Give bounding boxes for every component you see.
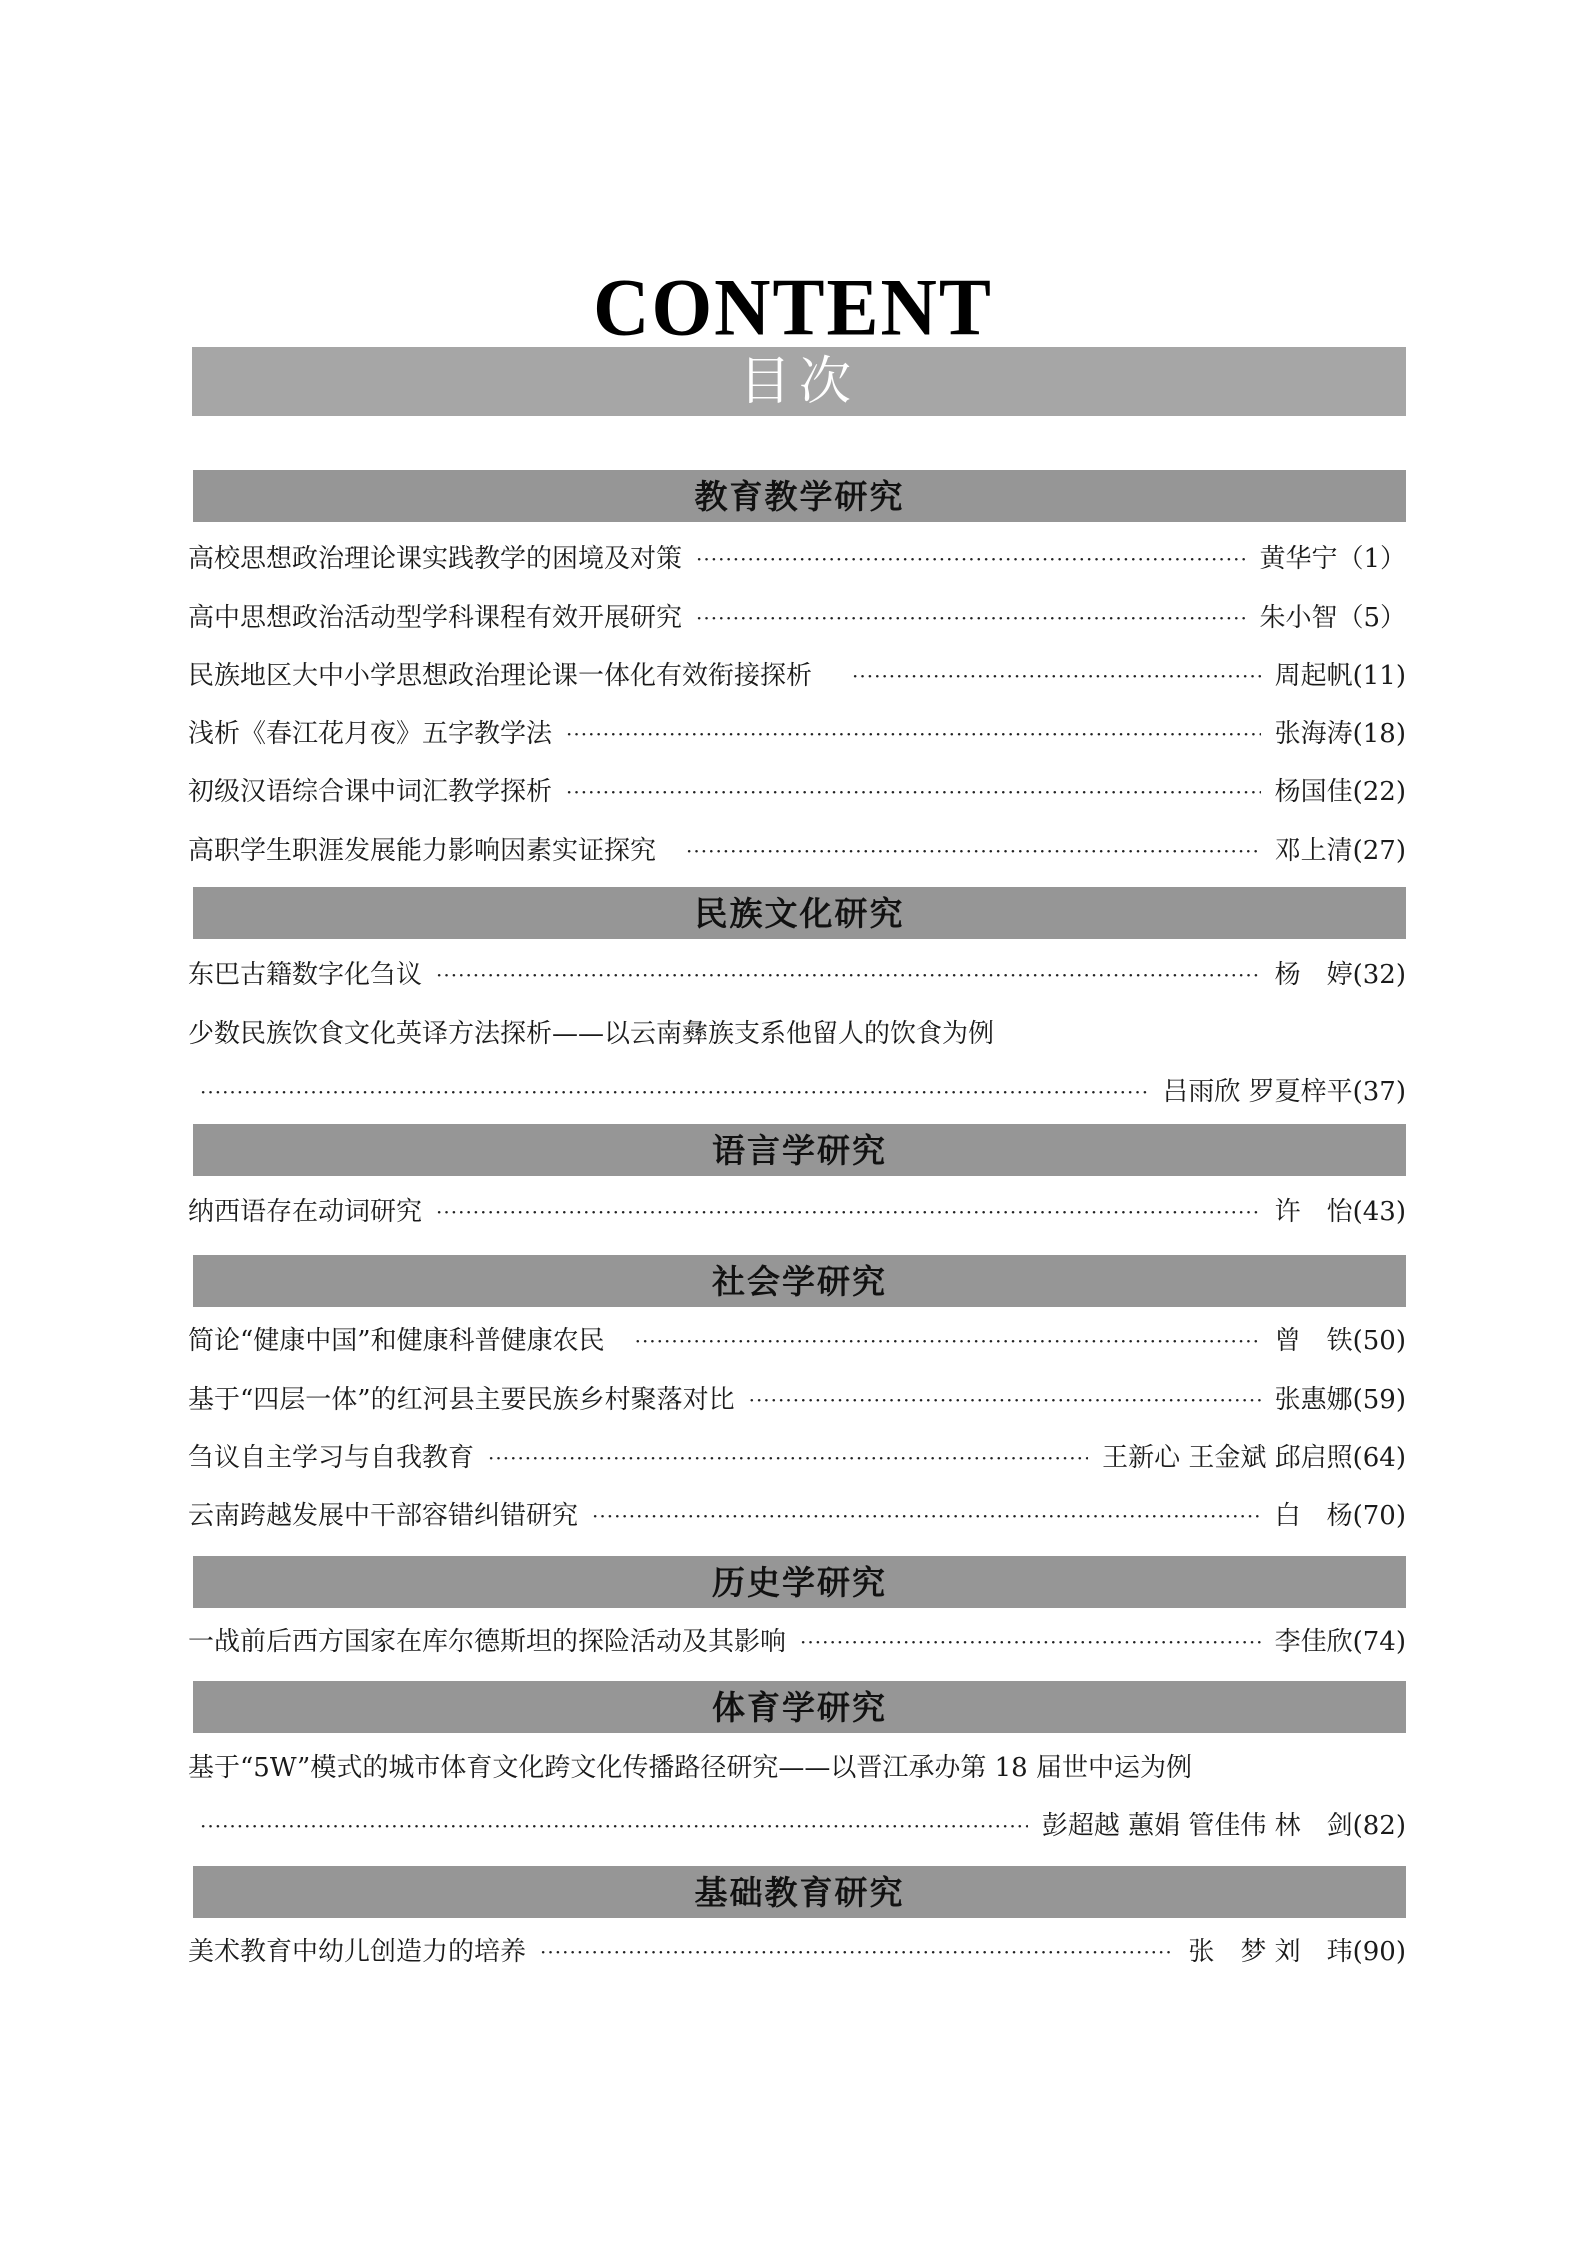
- entry-page: (70): [1353, 1503, 1406, 1529]
- section-header-linguistics: 语言学研究: [193, 1124, 1406, 1176]
- section-title: 语言学研究: [712, 1134, 887, 1167]
- entry-page: (64): [1353, 1445, 1406, 1471]
- entry-title: 简论“健康中国”和健康科普健康农民: [188, 1328, 605, 1354]
- title-chinese-banner: 目次: [192, 347, 1406, 416]
- section-header-history: 历史学研究: [193, 1556, 1406, 1608]
- toc-entry[interactable]: 东巴古籍数字化刍议 杨 婷 (32): [188, 955, 1406, 995]
- entry-page: (27): [1353, 838, 1406, 864]
- toc-entry[interactable]: 浅析《春江花月夜》五字教学法 张海涛 (18): [188, 714, 1406, 754]
- dot-leader: [200, 1082, 1148, 1102]
- dot-leader: [566, 724, 1261, 744]
- entry-authors: 邓上清: [1275, 838, 1353, 864]
- entry-authors: 杨 婷: [1275, 962, 1353, 988]
- entry-page: (32): [1353, 962, 1406, 988]
- dot-leader: [200, 1816, 1028, 1836]
- toc-entry[interactable]: 高职学生职涯发展能力影响因素实证探究 邓上清 (27): [188, 831, 1406, 871]
- dot-leader: [852, 666, 1261, 686]
- entry-authors: 朱小智: [1259, 605, 1337, 631]
- toc-entry[interactable]: 刍议自主学习与自我教育 王新心 王金斌 邱启照 (64): [188, 1438, 1406, 1478]
- section-header-sports: 体育学研究: [193, 1681, 1406, 1733]
- entry-authors: 彭超越 蕙娟 管佳伟 林 剑: [1042, 1813, 1353, 1839]
- entry-title: 纳西语存在动词研究: [188, 1199, 422, 1225]
- toc-entry[interactable]: 民族地区大中小学思想政治理论课一体化有效衔接探析 周起帆 (11): [188, 656, 1406, 696]
- entry-title: 高校思想政治理论课实践教学的困境及对策: [188, 546, 682, 572]
- toc-entry[interactable]: 纳西语存在动词研究 许 怡 (43): [188, 1192, 1406, 1232]
- toc-entry-title-line[interactable]: 少数民族饮食文化英译方法探析——以云南彝族支系他留人的饮食为例: [188, 1014, 1406, 1054]
- entry-title: 初级汉语综合课中词汇教学探析: [188, 779, 552, 805]
- entry-authors: 吕雨欣 罗夏梓平: [1162, 1079, 1352, 1105]
- entry-page: (18): [1353, 721, 1406, 747]
- dot-leader: [436, 965, 1261, 985]
- entry-title: 民族地区大中小学思想政治理论课一体化有效衔接探析: [188, 663, 812, 689]
- dot-leader: [540, 1942, 1174, 1962]
- section-title: 基础教育研究: [695, 1876, 905, 1909]
- dot-leader: [592, 1506, 1261, 1526]
- entry-authors: 杨国佳: [1275, 779, 1353, 805]
- title-english: CONTENT: [0, 266, 1586, 348]
- toc-entry-title-line[interactable]: 基于“5W”模式的城市体育文化跨文化传播路径研究——以晋江承办第 18 届世中运…: [188, 1748, 1406, 1788]
- section-header-sociology: 社会学研究: [193, 1255, 1406, 1307]
- entry-authors: 曾 铁: [1275, 1328, 1353, 1354]
- table-of-contents-page: CONTENT 目次 教育教学研究 高校思想政治理论课实践教学的困境及对策 黄华…: [0, 0, 1586, 2245]
- dot-leader: [635, 1331, 1261, 1351]
- entry-title: 少数民族饮食文化英译方法探析——以云南彝族支系他留人的饮食为例: [188, 1021, 1406, 1047]
- entry-authors: 张惠娜: [1275, 1387, 1353, 1413]
- entry-authors: 白 杨: [1275, 1503, 1353, 1529]
- dot-leader: [696, 608, 1245, 628]
- toc-entry-continuation[interactable]: 彭超越 蕙娟 管佳伟 林 剑 (82): [200, 1806, 1406, 1846]
- section-title: 体育学研究: [712, 1691, 887, 1724]
- entry-page: (22): [1353, 779, 1406, 805]
- entry-page: (59): [1353, 1387, 1406, 1413]
- section-header-ethnic-culture: 民族文化研究: [193, 887, 1406, 939]
- toc-entry[interactable]: 美术教育中幼儿创造力的培养 张 梦 刘 玮 (90): [188, 1932, 1406, 1972]
- entry-authors: 李佳欣: [1275, 1629, 1353, 1655]
- entry-title: 基于“四层一体”的红河县主要民族乡村聚落对比: [188, 1387, 735, 1413]
- toc-entry[interactable]: 初级汉语综合课中词汇教学探析 杨国佳 (22): [188, 772, 1406, 812]
- toc-entry[interactable]: 高校思想政治理论课实践教学的困境及对策 黄华宁 （1）: [188, 539, 1406, 579]
- toc-entry[interactable]: 高中思想政治活动型学科课程有效开展研究 朱小智 （5）: [188, 598, 1406, 638]
- dot-leader: [488, 1448, 1088, 1468]
- entry-page: (37): [1353, 1079, 1406, 1105]
- entry-title: 高职学生职涯发展能力影响因素实证探究: [188, 838, 656, 864]
- entry-title: 刍议自主学习与自我教育: [188, 1445, 474, 1471]
- entry-page: （5）: [1337, 605, 1406, 631]
- entry-title: 一战前后西方国家在库尔德斯坦的探险活动及其影响: [188, 1629, 786, 1655]
- entry-title: 云南跨越发展中干部容错纠错研究: [188, 1503, 578, 1529]
- dot-leader: [696, 549, 1245, 569]
- entry-page: (82): [1353, 1813, 1406, 1839]
- section-title: 民族文化研究: [695, 897, 905, 930]
- entry-page: (90): [1353, 1939, 1406, 1965]
- entry-page: (43): [1353, 1199, 1406, 1225]
- entry-authors: 张 梦 刘 玮: [1188, 1939, 1352, 1965]
- toc-entry-continuation[interactable]: 吕雨欣 罗夏梓平 (37): [200, 1072, 1406, 1112]
- entry-title: 东巴古籍数字化刍议: [188, 962, 422, 988]
- toc-entry[interactable]: 一战前后西方国家在库尔德斯坦的探险活动及其影响 李佳欣 (74): [188, 1622, 1406, 1662]
- entry-authors: 周起帆: [1275, 663, 1353, 689]
- entry-title: 基于“5W”模式的城市体育文化跨文化传播路径研究——以晋江承办第 18 届世中运…: [188, 1755, 1406, 1781]
- entry-authors: 张海涛: [1275, 721, 1353, 747]
- entry-page: （1）: [1337, 546, 1406, 572]
- toc-entry[interactable]: 基于“四层一体”的红河县主要民族乡村聚落对比 张惠娜 (59): [188, 1380, 1406, 1420]
- section-title: 社会学研究: [712, 1265, 887, 1298]
- toc-entry[interactable]: 云南跨越发展中干部容错纠错研究 白 杨 (70): [188, 1496, 1406, 1536]
- entry-authors: 王新心 王金斌 邱启照: [1102, 1445, 1353, 1471]
- dot-leader: [686, 841, 1261, 861]
- title-chinese: 目次: [739, 356, 859, 408]
- toc-entry[interactable]: 简论“健康中国”和健康科普健康农民 曾 铁 (50): [188, 1321, 1406, 1361]
- entry-page: (11): [1353, 663, 1406, 689]
- dot-leader: [566, 782, 1261, 802]
- section-title: 历史学研究: [712, 1566, 887, 1599]
- entry-title: 美术教育中幼儿创造力的培养: [188, 1939, 526, 1965]
- entry-page: (74): [1353, 1629, 1406, 1655]
- section-title: 教育教学研究: [695, 480, 905, 513]
- entry-page: (50): [1353, 1328, 1406, 1354]
- entry-authors: 黄华宁: [1259, 546, 1337, 572]
- section-header-education: 教育教学研究: [193, 470, 1406, 522]
- entry-title: 高中思想政治活动型学科课程有效开展研究: [188, 605, 682, 631]
- entry-authors: 许 怡: [1275, 1199, 1353, 1225]
- dot-leader: [749, 1390, 1261, 1410]
- dot-leader: [800, 1632, 1261, 1652]
- section-header-basic-education: 基础教育研究: [193, 1866, 1406, 1918]
- dot-leader: [436, 1202, 1261, 1222]
- entry-title: 浅析《春江花月夜》五字教学法: [188, 721, 552, 747]
